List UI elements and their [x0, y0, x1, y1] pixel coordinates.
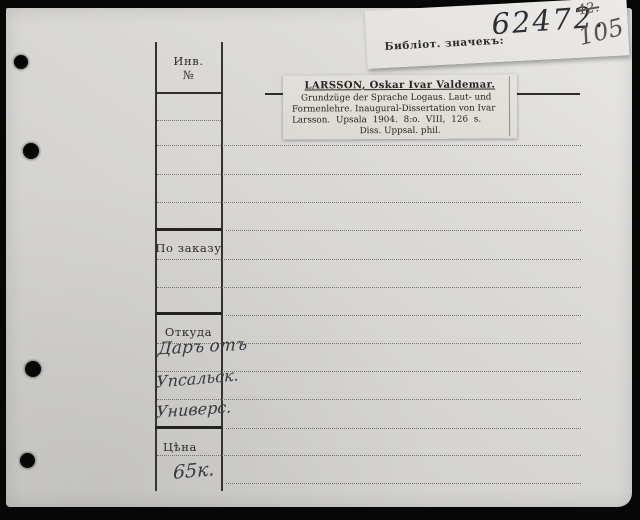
price-section-rule — [155, 426, 222, 429]
inventory-label: Инв. № — [155, 54, 222, 82]
book-label-line: Diss. Uppsal. phil. — [292, 125, 508, 137]
ruled-line-dotted — [226, 428, 581, 429]
ruled-line-dotted — [157, 287, 581, 288]
column-right-rule — [221, 42, 223, 491]
origin-section-rule — [155, 312, 222, 315]
ruled-line-dotted — [157, 174, 581, 175]
inventory-label-line2: № — [155, 68, 222, 82]
price-value-handwriting: 65к. — [173, 458, 215, 484]
punch-hole — [23, 143, 39, 159]
inventory-divider-rule — [156, 92, 222, 94]
order-label: По заказу — [155, 241, 222, 255]
ruled-line-dotted — [157, 145, 581, 146]
ruled-line-dotted — [226, 230, 581, 231]
price-label: Цѣна — [150, 440, 210, 454]
punch-hole — [25, 361, 41, 377]
book-label-body: Grundzüge der Sprache Logaus. Laut- und … — [283, 90, 517, 137]
column-left-rule — [155, 42, 157, 491]
book-label-author: LARSSON, Oskar Ivar Valdemar. — [283, 79, 517, 91]
ruled-line-dotted — [226, 483, 581, 484]
punch-hole — [14, 55, 28, 69]
book-label: LARSSON, Oskar Ivar Valdemar. Grundzüge … — [283, 74, 517, 139]
ruled-line-dotted — [157, 120, 221, 121]
book-label-line: Larsson. Upsala 1904. 8:o. VIII, 126 s. — [292, 114, 508, 126]
ruled-line-dotted — [157, 259, 581, 260]
punch-hole — [20, 453, 35, 468]
ruled-line-dotted — [157, 455, 581, 456]
scan-background: Инв. № По заказу Откуда Цѣна Даръ отъ Уп… — [0, 0, 640, 520]
ruled-line-dotted — [226, 315, 581, 316]
stamp-label: Библіот. значекъ: — [384, 35, 504, 53]
inventory-label-line1: Инв. — [155, 54, 222, 68]
ruled-line-dotted — [157, 202, 581, 203]
order-section-rule — [155, 228, 222, 231]
